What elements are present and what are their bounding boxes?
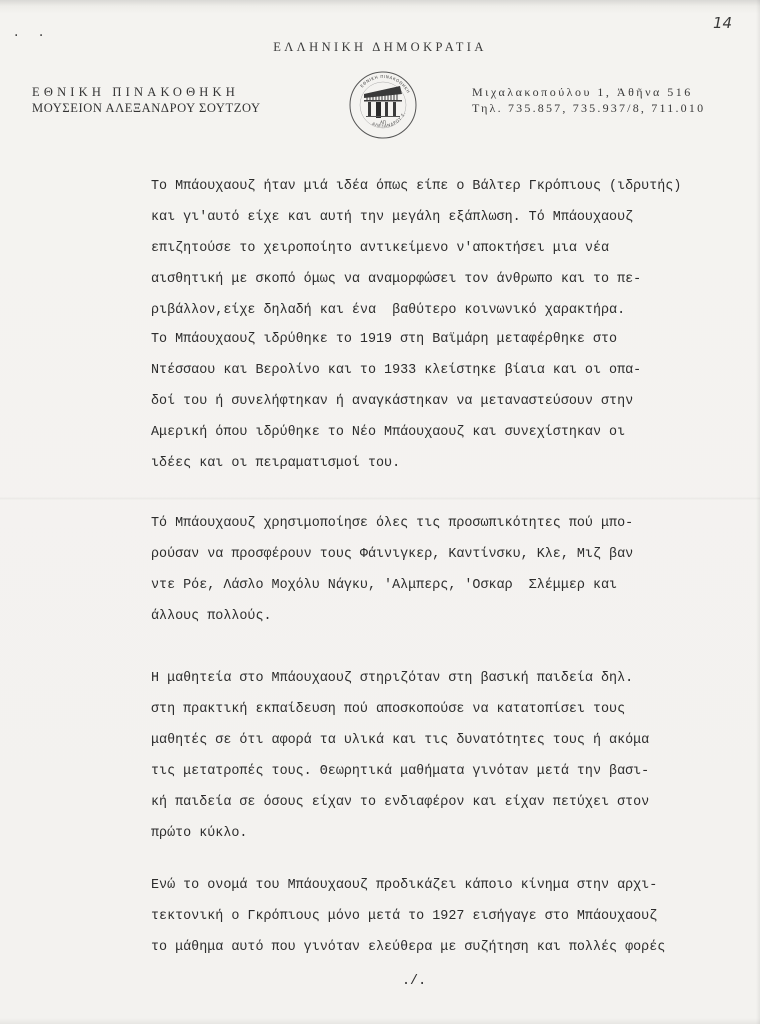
institution-name: ΕΘΝΙΚΗ ΠΙΝΑΚΟΘΗΚΗ: [32, 84, 302, 100]
text-line: επιζητούσε το χειροποίητο αντικείμενο ν'…: [151, 240, 609, 258]
institution-subname: ΜΟΥΣΕΙΟΝ ΑΛΕΞΑΝΔΡΟΥ ΣΟΥΤΖΟΥ: [32, 100, 302, 116]
text-line: Ενώ το ονομά του Μπάουχαουζ προδικάζει κ…: [151, 877, 657, 895]
letterhead-contact: Μιχαλακοπούλου 1, Ἀθῆνα 516 Τηλ. 735.857…: [472, 84, 752, 116]
letterhead-republic: ΕΛΛΗΝΙΚΗ ΔΗΜΟΚΡΑΤΙΑ: [0, 40, 760, 55]
text-line: τεκτονική ο Γκρόπιους μόνο μετά το 1927 …: [151, 908, 657, 926]
text-line: Αμερική όπου ιδρύθηκε το Νέο Μπάουχαουζ …: [151, 424, 625, 442]
text-line: Τό Μπάουχαουζ χρησιμοποίησε όλες τις προ…: [151, 515, 633, 533]
text-line: Η μαθητεία στο Μπάουχαουζ στηριζόταν στη…: [151, 670, 633, 688]
address: Μιχαλακοπούλου 1, Ἀθῆνα 516: [472, 84, 752, 100]
text-line: ιδέες και οι πειραματισμοί του.: [151, 455, 400, 473]
text-line: Το Μπάουχαουζ ήταν μιά ιδέα όπως είπε ο …: [151, 178, 681, 196]
paper-fold-line: [0, 497, 760, 500]
document-page: · · 14 ΕΛΛΗΝΙΚΗ ΔΗΜΟΚΡΑΤΙΑ ΕΘΝΙΚΗ ΠΙΝΑΚΟ…: [0, 0, 760, 1024]
text-line: τις μετατροπές τους. Θεωρητικά μαθήματα …: [151, 763, 649, 781]
text-line: Το Μπάουχαουζ ιδρύθηκε το 1919 στη Βαϊμά…: [151, 331, 617, 349]
paragraph-2: Τό Μπάουχαουζ χρησιμοποίησε όλες τις προ…: [151, 515, 760, 605]
text-line: στη πρακτική εκπαίδευση πού αποσκοπούσε …: [151, 701, 625, 719]
text-line: αισθητική με σκοπό όμως να αναμορφώσει τ…: [151, 271, 641, 289]
text-line: πρώτο κύκλο.: [151, 825, 247, 843]
text-line: το μάθημα αυτό που γινόταν ελεύθερα με σ…: [151, 939, 665, 957]
text-line: ριβάλλον,είχε δηλαδή και ένα βαθύτερο κο…: [151, 302, 625, 320]
paragraph-4: Ενώ το ονομά του Μπάουχαουζ προδικάζει κ…: [151, 877, 760, 952]
letterhead-institution: ΕΘΝΙΚΗ ΠΙΝΑΚΟΘΗΚΗ ΜΟΥΣΕΙΟΝ ΑΛΕΞΑΝΔΡΟΥ ΣΟ…: [32, 84, 302, 116]
text-line: ντε Ρόε, Λάσλο Μοχόλυ Νάγκυ, 'Αλμπερς, '…: [151, 577, 617, 595]
paper-edge-shadow: [756, 0, 760, 1024]
museum-seal-icon: ΑΠ ΕΘΝΙΚΗ ΠΙΝΑΚΟΘΗΚΗ ΑΛΕΞΑΝΔΡΟΥ Σ.: [348, 70, 418, 140]
text-line: Ντέσσαου και Βερολίνο και το 1933 κλείστ…: [151, 362, 641, 380]
text-line: κή παιδεία σε όσους είχαν το ενδιαφέρον …: [151, 794, 649, 812]
paragraph-1: Το Μπάουχαουζ ήταν μιά ιδέα όπως είπε ο …: [151, 178, 760, 358]
text-line: μαθητές σε ότι αφορά τα υλικά και τις δυ…: [151, 732, 649, 750]
page-number: 14: [713, 14, 732, 32]
paragraph-3: Η μαθητεία στο Μπάουχαουζ στηριζόταν στη…: [151, 670, 760, 790]
phone-numbers: Τηλ. 735.857, 735.937/8, 711.010: [472, 100, 752, 116]
continuation-mark: ./.: [402, 974, 426, 989]
paper-bottom-shadow: [0, 1018, 760, 1024]
text-line: και γι'αυτό είχε και αυτή την μεγάλη εξά…: [151, 209, 633, 227]
text-line: άλλους πολλούς.: [151, 608, 272, 626]
text-line: δοί του ή συνελήφτηκαν ή αναγκάστηκαν να…: [151, 393, 633, 411]
text-line: ρούσαν να προσφέρουν τους Φάινιγκερ, Καν…: [151, 546, 633, 564]
